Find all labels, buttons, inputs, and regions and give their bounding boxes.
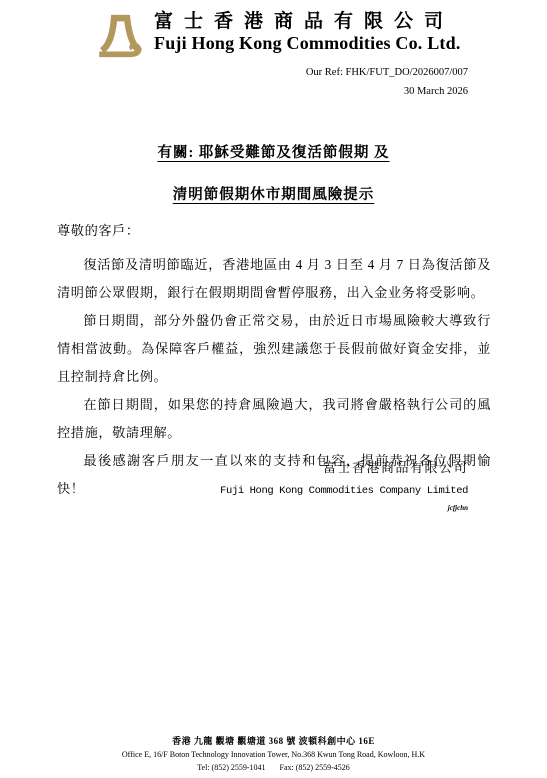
signature-block: 富士香港商品有限公司 Fuji Hong Kong Commodities Co… [220,460,468,513]
signature-company-english: Fuji Hong Kong Commodities Company Limit… [220,485,468,498]
letter-title-line2: 清明節假期休市期間風險提示 [173,183,375,204]
reference-block: Our Ref: FHK/FUT_DO/2026007/007 30 March… [306,66,468,98]
letterhead: 富士香港商品有限公司 Fuji Hong Kong Commodities Co… [154,11,461,54]
letter-title: 有關: 耶穌受難節及復活節假期 及 清明節假期休市期間風險提示 [0,141,547,204]
footer-contact: Tel: (852) 2559-1041Fax: (852) 2559-4526 [0,761,547,774]
signature-company-chinese: 富士香港商品有限公司 [220,460,468,476]
letter-title-line1: 有關: 耶穌受難節及復活節假期 及 [157,141,389,162]
our-ref: Our Ref: FHK/FUT_DO/2026007/007 [306,66,468,79]
body-paragraph-1: 復活節及清明節臨近，香港地區由 4 月 3 日至 4 月 7 日為復活節及清明節… [57,251,491,307]
letter-page: 富士香港商品有限公司 Fuji Hong Kong Commodities Co… [0,0,547,778]
letter-footer: 香港 九龍 觀塘 觀塘道 368 號 波頓科創中心 16E Office E, … [0,735,547,774]
fuji-mountain-logo-icon [93,6,150,58]
footer-tel: Tel: (852) 2559-1041 [197,763,265,772]
salutation: 尊敬的客戶： [57,217,491,245]
footer-fax: Fax: (852) 2559-4526 [280,763,350,772]
body-paragraph-3: 在節日期間，如果您的持倉風險過大，我司將會嚴格執行公司的風控措施，敬請理解。 [57,391,491,447]
body-paragraph-2: 節日期間，部分外盤仍會正常交易，由於近日市場風險較大導致行情相當波動。為保障客戶… [57,307,491,391]
typist-initials: jcfjchn [220,504,468,513]
company-name-english: Fuji Hong Kong Commodities Co. Ltd. [154,33,461,54]
company-name-chinese: 富士香港商品有限公司 [154,11,461,33]
footer-address-english: Office E, 16/F Boton Technology Innovati… [0,748,547,761]
footer-address-chinese: 香港 九龍 觀塘 觀塘道 368 號 波頓科創中心 16E [0,735,547,748]
letter-date: 30 March 2026 [306,85,468,98]
